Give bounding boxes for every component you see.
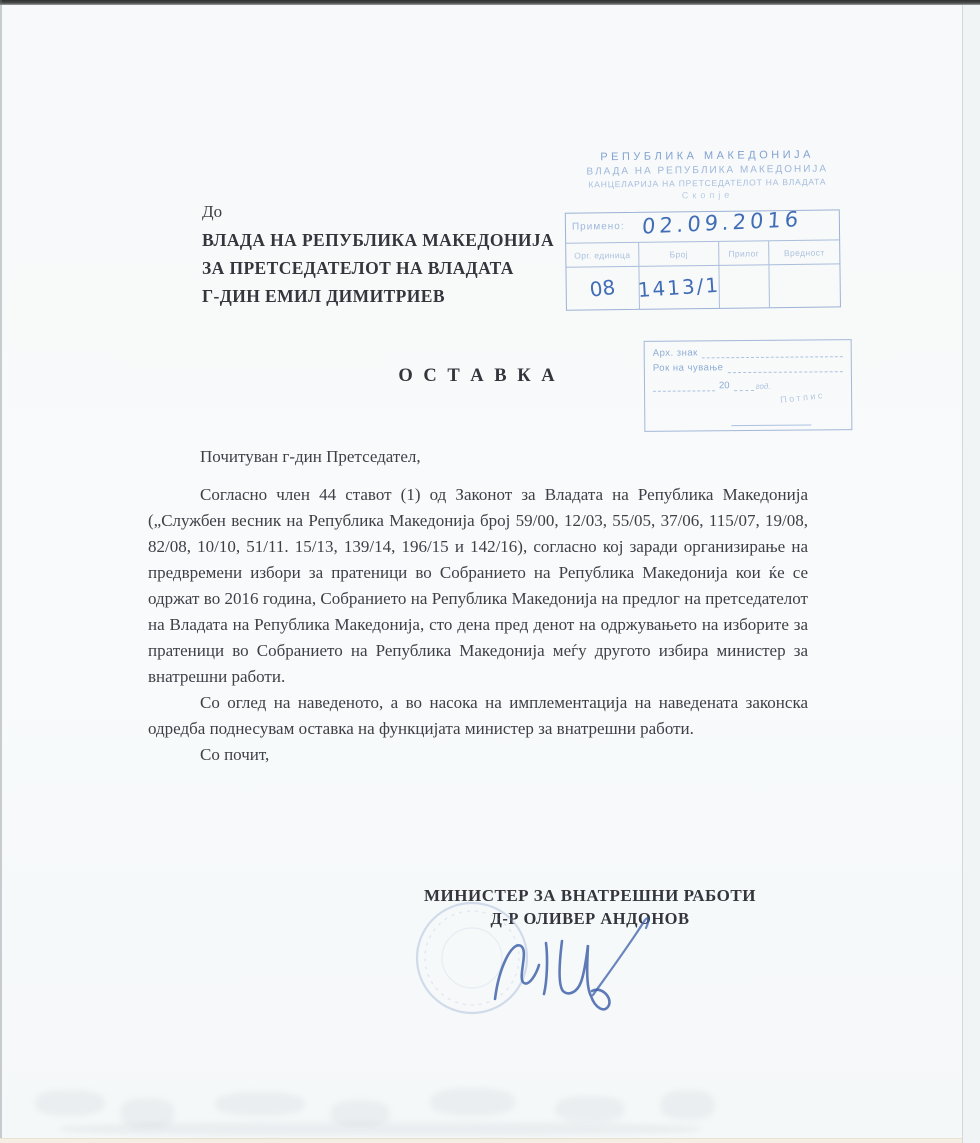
receipt-stamp-column-headers: Орг. единица Број Прилог Вредност bbox=[566, 240, 839, 267]
receipt-stamp-header-1: РЕПУБЛИКА МАКЕДОНИЈА bbox=[564, 148, 850, 164]
recipient-line-2: ЗА ПРЕТСЕДАТЕЛОТ НА ВЛАДАТА bbox=[202, 254, 554, 282]
bleed-mark bbox=[660, 1090, 715, 1120]
letter-title: О С Т А В К А bbox=[148, 366, 808, 387]
salutation: Почитуван г-дин Претседател, bbox=[148, 444, 808, 470]
signature-flourish-stroke bbox=[593, 918, 648, 995]
paragraph-2: Со оглед на наведеното, а во насока на и… bbox=[148, 690, 808, 742]
receipt-stamp-header-city: Скопје bbox=[565, 188, 851, 201]
recipient-line-3: Г-ДИН ЕМИЛ ДИМИТРИЕВ bbox=[202, 282, 554, 310]
scan-edge-bottom bbox=[0, 1138, 962, 1143]
receipt-stamp-received-row: Примено: 02.09.2016 bbox=[566, 210, 839, 243]
recipient-block: До ВЛАДА НА РЕПУБЛИКА МАКЕДОНИЈА ЗА ПРЕТ… bbox=[202, 198, 554, 310]
received-date-handwritten: 02.09.2016 bbox=[641, 207, 802, 239]
stamp-col-header-vrednost: Вредност bbox=[769, 240, 839, 264]
stamp-col-header-broj: Број bbox=[639, 242, 719, 266]
bleed-mark bbox=[430, 1088, 515, 1116]
archive-bottom-blank-line bbox=[731, 424, 811, 426]
stamp-col-header-org: Орг. единица bbox=[566, 243, 639, 267]
round-stamp-inner-circle bbox=[425, 911, 519, 1005]
scan-edge-top bbox=[0, 0, 980, 5]
recipient-line-1: ВЛАДА НА РЕПУБЛИКА МАКЕДОНИЈА bbox=[202, 226, 554, 254]
receipt-stamp-values-row: 08 1413/1 bbox=[566, 264, 839, 309]
archive-potpis-label: Потпис bbox=[780, 390, 826, 405]
paragraph-3-closing: Со почит, bbox=[148, 742, 808, 768]
bleed-mark bbox=[35, 1090, 105, 1116]
bleed-mark bbox=[60, 1122, 700, 1136]
stamp-value-prilog-empty bbox=[719, 265, 770, 308]
bleed-mark bbox=[215, 1092, 305, 1116]
scan-edge-right-line bbox=[962, 5, 963, 1143]
receipt-stamp: РЕПУБЛИКА МАКЕДОНИЈА ВЛАДА НА РЕПУБЛИКА … bbox=[564, 148, 852, 310]
round-stamp-outer-circle bbox=[417, 903, 527, 1013]
stamp-value-broj-handwritten: 1413/1 bbox=[637, 273, 721, 302]
scan-edge-left bbox=[0, 0, 2, 1143]
scan-edge-right-band bbox=[963, 5, 980, 1143]
paragraph-1: Согласно член 44 ставот (1) од Законот з… bbox=[148, 482, 808, 690]
letter-body: Почитуван г-дин Претседател, Согласно чл… bbox=[148, 444, 808, 768]
archive-line-arh-znak: Арх. знак bbox=[653, 346, 843, 359]
received-label: Примено: bbox=[572, 221, 625, 233]
stamp-col-header-prilog: Прилог bbox=[719, 241, 769, 265]
recipient-to: До bbox=[202, 198, 554, 226]
bleed-mark bbox=[555, 1096, 625, 1122]
archive-arh-znak-label: Арх. знак bbox=[653, 347, 698, 358]
stamp-value-vrednost-empty bbox=[769, 264, 840, 307]
stamp-value-org-handwritten: 08 bbox=[589, 275, 617, 302]
document-page: До ВЛАДА НА РЕПУБЛИКА МАКЕДОНИЈА ЗА ПРЕТ… bbox=[0, 0, 980, 1143]
signature-scribble-stroke-2 bbox=[544, 941, 609, 1009]
receipt-stamp-table: Примено: 02.09.2016 Орг. единица Број Пр… bbox=[565, 209, 841, 310]
round-stamp-center-circle bbox=[442, 928, 502, 988]
signature-graphics bbox=[400, 895, 700, 1030]
archive-arh-znak-blank-line bbox=[702, 346, 843, 358]
